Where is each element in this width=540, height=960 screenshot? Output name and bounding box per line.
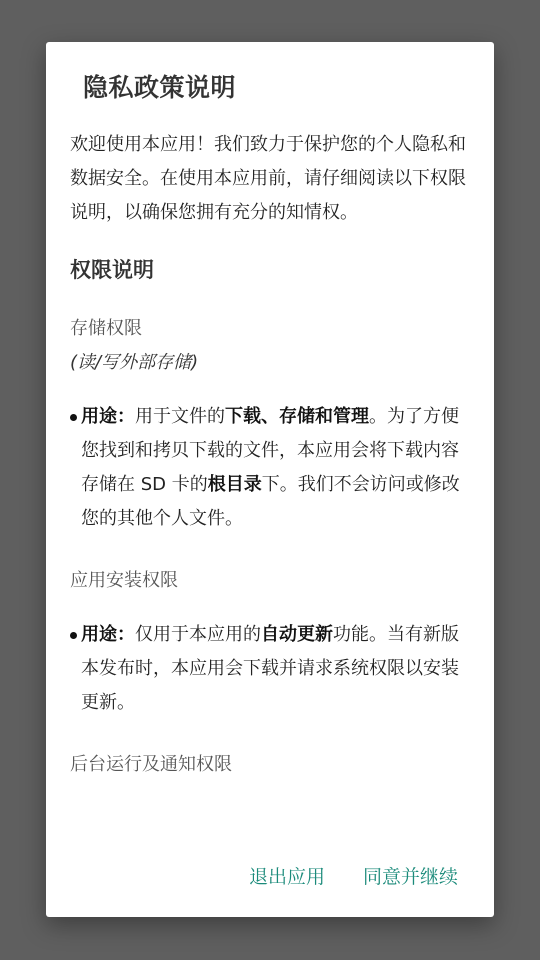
dialog-title: 隐私政策说明 bbox=[83, 68, 236, 104]
usage-text: 用于文件的 bbox=[135, 406, 225, 427]
intro-text: 欢迎使用本应用！我们致力于保护您的个人隐私和数据安全。在使用本应用前，请仔细阅读… bbox=[70, 128, 472, 230]
permission-usage: 用途：用于文件的下载、存储和管理。为了方便您找到和拷贝下载的文件，本应用会将下载… bbox=[70, 400, 472, 536]
section-title: 权限说明 bbox=[70, 254, 472, 284]
privacy-policy-dialog: 隐私政策说明 欢迎使用本应用！我们致力于保护您的个人隐私和数据安全。在使用本应用… bbox=[46, 42, 494, 917]
permission-title: 存储权限 bbox=[70, 314, 472, 340]
permission-install: 应用安装权限 用途：仅用于本应用的自动更新功能。当有新版本发布时，本应用会下载并… bbox=[70, 566, 472, 720]
permission-background: 后台运行及通知权限 bbox=[70, 750, 472, 776]
exit-app-button[interactable]: 退出应用 bbox=[249, 862, 325, 889]
dialog-scroll-content[interactable]: 欢迎使用本应用！我们致力于保护您的个人隐私和数据安全。在使用本应用前，请仔细阅读… bbox=[70, 128, 472, 818]
usage-label: 用途： bbox=[81, 624, 135, 645]
usage-label: 用途： bbox=[81, 406, 135, 427]
permission-title: 应用安装权限 bbox=[70, 566, 472, 592]
permission-usage: 用途：仅用于本应用的自动更新功能。当有新版本发布时，本应用会下载并请求系统权限以… bbox=[70, 618, 472, 720]
usage-emphasis: 根目录 bbox=[208, 474, 262, 495]
bullet-icon bbox=[70, 414, 77, 421]
usage-emphasis: 下载、存储和管理 bbox=[225, 406, 369, 427]
permission-subtitle: (读/写外部存储) bbox=[70, 348, 472, 374]
usage-text: 仅用于本应用的 bbox=[135, 624, 261, 645]
permission-title: 后台运行及通知权限 bbox=[70, 750, 472, 776]
permission-storage: 存储权限 (读/写外部存储) 用途：用于文件的下载、存储和管理。为了方便您找到和… bbox=[70, 314, 472, 536]
usage-emphasis: 自动更新 bbox=[261, 624, 333, 645]
dialog-actions: 退出应用 同意并继续 bbox=[249, 862, 458, 889]
agree-continue-button[interactable]: 同意并继续 bbox=[363, 862, 458, 889]
bullet-icon bbox=[70, 632, 77, 639]
